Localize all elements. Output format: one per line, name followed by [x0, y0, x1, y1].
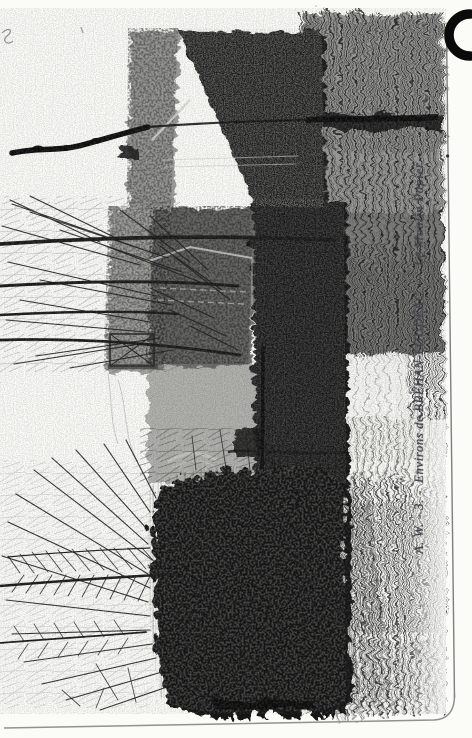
caption-title: Le Moulin Papier: [411, 162, 427, 266]
scanned-postcard: A. W. - 3. - Environs de BRÉHAN-LOUDÉAC …: [0, 0, 472, 738]
caption-locality: Environs de BRÉHAN-LOUDÉAC: [412, 292, 427, 483]
scan-grain-overlay: [0, 8, 446, 714]
postcard-caption: A. W. - 3. - Environs de BRÉHAN-LOUDÉAC …: [402, 138, 436, 578]
caption-series: A. W. - 3. -: [411, 490, 427, 554]
caption-separator: —: [411, 273, 427, 285]
